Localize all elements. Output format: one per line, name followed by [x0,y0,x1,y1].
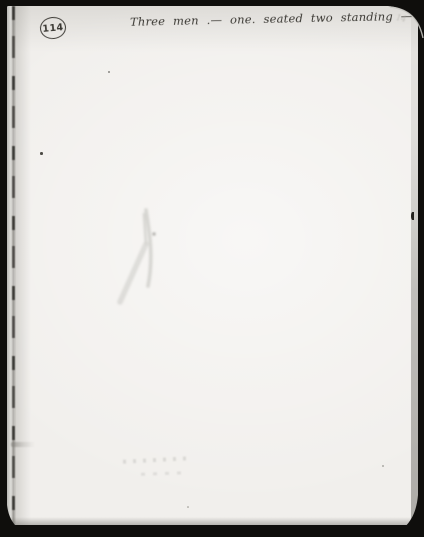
erased-sketch-smudge [102,198,180,313]
ink-speck [187,506,189,508]
page-bottom-shadow [7,517,418,525]
faint-corner-pencil-mark: 14 [395,13,407,24]
binding-gutter-shadow [15,6,31,525]
faint-pencil-trace [123,456,189,463]
ink-speck [382,465,384,467]
scanned-page-photo: 114 Three men .— one. seated two standin… [0,0,424,537]
faint-pencil-trace [141,471,187,476]
page-edge-notch [411,212,414,220]
ink-speck [108,71,110,73]
sketchbook-page: 114 Three men .— one. seated two standin… [7,6,418,525]
page-right-edge-shading [411,6,418,525]
ink-speck [40,152,43,155]
gutter-smear-mark [11,442,35,447]
